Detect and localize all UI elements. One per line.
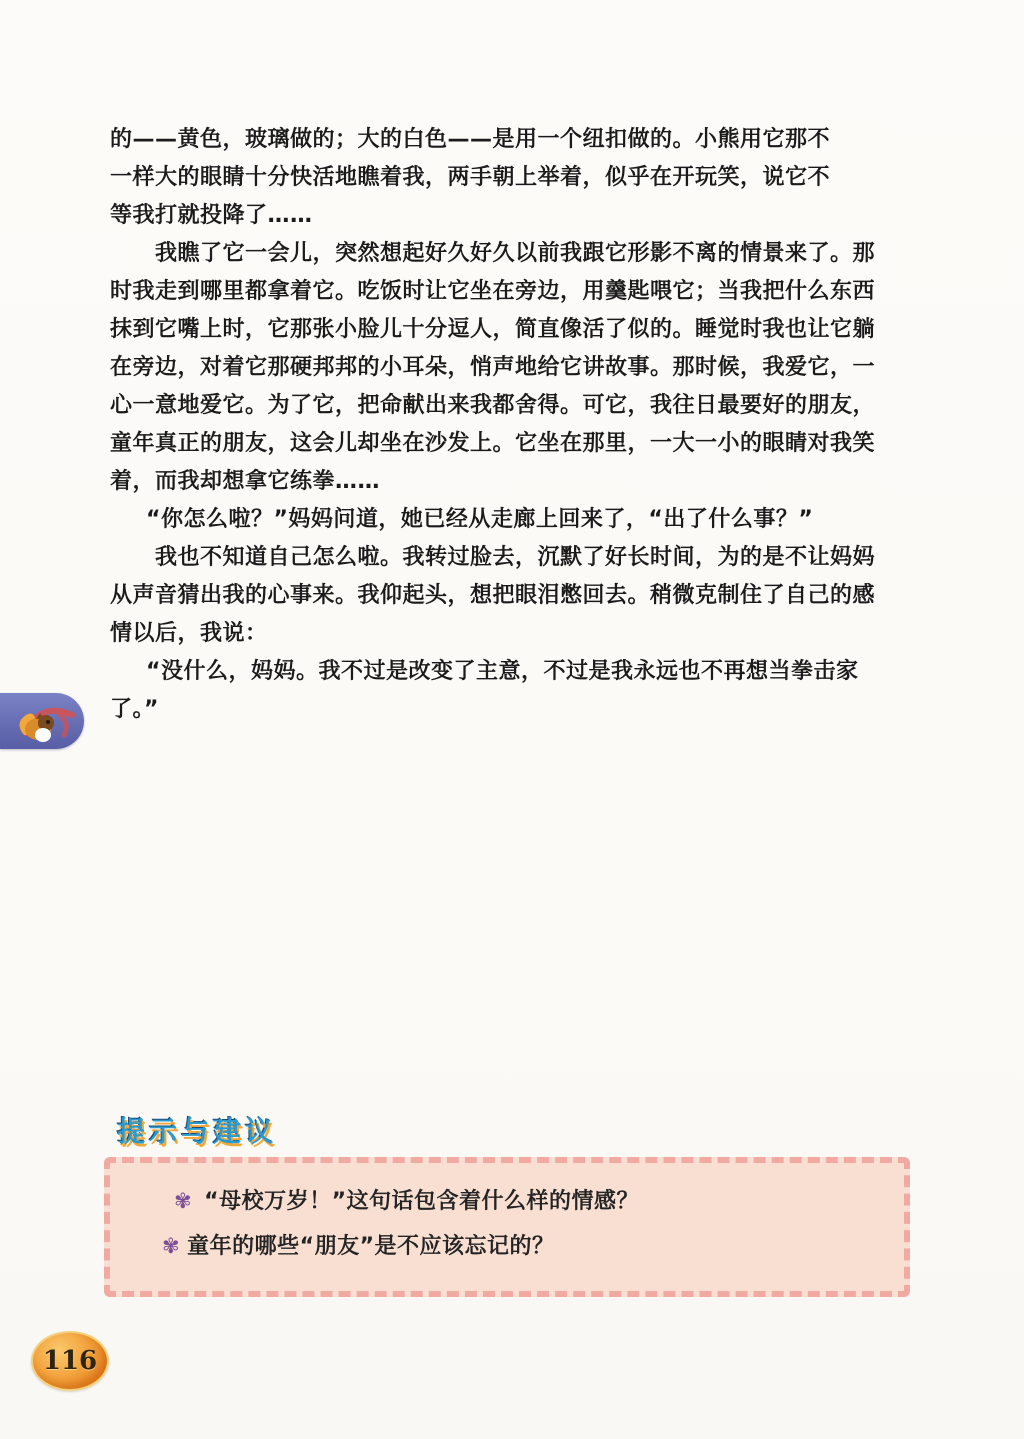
story-line: 在旁边，对着它那硬邦邦的小耳朵，悄声地给它讲故事。那时候，我爱它，一 — [110, 349, 920, 387]
flower-bullet-icon: ✾ — [162, 1234, 180, 1258]
story-line: 抹到它嘴上时，它那张小脸儿十分逗人，简直像活了似的。睡觉时我也让它躺 — [110, 311, 920, 349]
flower-bullet-icon: ✾ — [174, 1189, 192, 1213]
story-line: “你怎么啦？”妈妈问道，她已经从走廊上回来了，“出了什么事？” — [110, 501, 920, 539]
story-line: 心一意地爱它。为了它，把命献出来我都舍得。可它，我往日最要好的朋友， — [110, 387, 920, 425]
story-line: 着，而我却想拿它练拳…… — [110, 463, 920, 501]
tips-box: ✾“母校万岁！”这句话包含着什么样的情感？ ✾童年的哪些“朋友”是不应该忘记的？ — [104, 1157, 910, 1297]
tip-question: ✾“母校万岁！”这句话包含着什么样的情感？ — [162, 1179, 904, 1224]
tip-question-text: “母校万岁！”这句话包含着什么样的情感？ — [204, 1189, 639, 1214]
story-line: 童年真正的朋友，这会儿却坐在沙发上。它坐在那里，一大一小的眼睛对我笑 — [110, 425, 920, 463]
story-line: “没什么，妈妈。我不过是改变了主意，不过是我永远也不再想当拳击家 — [110, 653, 920, 691]
textbook-page: 的——黄色，玻璃做的；大的白色——是用一个纽扣做的。小熊用它那不一样大的眼睛十分… — [0, 0, 1024, 1439]
story-line: 我也不知道自己怎么啦。我转过脸去，沉默了好长时间，为的是不让妈妈 — [110, 539, 920, 577]
story-line: 一样大的眼睛十分快活地瞧着我，两手朝上举着，似乎在开玩笑，说它不 — [110, 159, 920, 197]
side-tab-decoration — [0, 693, 84, 749]
story-line: 了。” — [110, 691, 920, 729]
story-line: 的——黄色，玻璃做的；大的白色——是用一个纽扣做的。小熊用它那不 — [110, 121, 920, 159]
page-number-badge: 116 — [31, 1331, 109, 1391]
story-line: 我瞧了它一会儿，突然想起好久好久以前我跟它形影不离的情景来了。那 — [110, 235, 920, 273]
story-line: 情以后，我说： — [110, 615, 920, 653]
tip-question: ✾童年的哪些“朋友”是不应该忘记的？ — [162, 1224, 904, 1269]
tip-question-text: 童年的哪些“朋友”是不应该忘记的？ — [187, 1234, 554, 1259]
squirrel-with-red-arc-icon — [0, 693, 84, 749]
page-number: 116 — [43, 1346, 97, 1376]
story-line: 时我走到哪里都拿着它。吃饭时让它坐在旁边，用羹匙喂它；当我把什么东西 — [110, 273, 920, 311]
story-line: 等我打就投降了…… — [110, 197, 920, 235]
tips-heading: 提示与建议 — [117, 1110, 277, 1150]
story-text-block: 的——黄色，玻璃做的；大的白色——是用一个纽扣做的。小熊用它那不一样大的眼睛十分… — [110, 121, 920, 729]
story-line: 从声音猜出我的心事来。我仰起头，想把眼泪憋回去。稍微克制住了自己的感 — [110, 577, 920, 615]
